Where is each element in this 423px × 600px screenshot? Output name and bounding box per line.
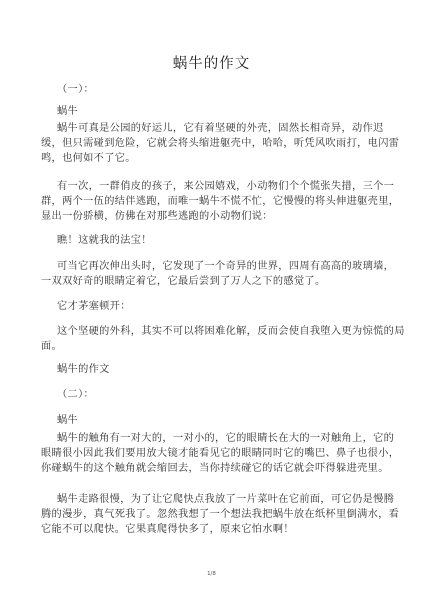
text-line: 面。 <box>41 339 381 354</box>
text-line: 可当它再次伸出头时，它发现了一个奇异的世界，四周有高高的玻璃墙， <box>41 259 381 274</box>
paragraph-6: 这个坚硬的外科，其实不可以将困难化解，反而会使自我堕入更为惊慌的局 面。 <box>41 324 381 354</box>
text-line: 鸣，也何如不了它。 <box>41 151 381 166</box>
text-line: 眼睛很小因此我们要用放大镜才能看见它的眼睛同时它的嘴巴、鼻子也很小， <box>41 446 381 461</box>
paragraph-9: 蜗牛走路很慢，为了让它爬快点我放了一片菜叶在它前面，可它仍是慢腾 腾的漫步，真气… <box>41 492 381 537</box>
text-line: 蜗牛的触角有一对大的，一对小的，它的眼睛长在大的一对触角上，它的 <box>41 431 381 446</box>
text-line: 缓，但只需碰到危险，它就会将头缩进躯壳中，哈哈，听凭风吹雨打，电闪雷 <box>41 136 381 151</box>
paragraph-8: 蜗牛的触角有一对大的，一对小的，它的眼睛长在大的一对触角上，它的 眼睛很小因此我… <box>41 431 381 476</box>
text-line: 它才茅塞顿开： <box>41 299 381 314</box>
text-line: 这个坚硬的外科，其实不可以将困难化解，反而会使自我堕入更为惊慌的局 <box>41 324 381 339</box>
text-line: 有一次，一群俏皮的孩子，来公园嬉戏，小动物们个个慌张失措，三个一 <box>41 179 381 194</box>
section-label-1: （一）： <box>57 80 94 95</box>
page-number: 1/8 <box>0 571 423 577</box>
text-line: 蜗牛可真是公园的好运儿，它有着坚硬的外壳，固然长相奇异，动作迟 <box>41 121 381 136</box>
text-line: 一双双好奇的眼睛定着它，它最后尝到了万人之下的感觉了。 <box>41 274 381 289</box>
paragraph-5: 它才茅塞顿开： <box>41 299 381 314</box>
text-line: 显出一份骄横，仿佛在对那些逃跑的小动物们说： <box>41 209 381 224</box>
section-heading-1: 蜗牛 <box>57 102 78 117</box>
document-title: 蜗牛的作文 <box>0 52 423 73</box>
paragraph-3: 瞧！这就我的法宝！ <box>41 233 381 248</box>
text-line: 你碰蜗牛的这个触角就会缩回去，当你持续碰它的话它就会吓得躲进壳里。 <box>41 461 381 476</box>
text-line: 它能不可以爬快。它果真爬得快多了，原来它怕水啊！ <box>41 522 381 537</box>
paragraph-7: 蜗牛的作文 <box>41 362 381 377</box>
document-page: 蜗牛的作文 （一）： 蜗牛 蜗牛可真是公园的好运儿，它有着坚硬的外壳，固然长相奇… <box>0 0 423 600</box>
text-line: 腾的漫步，真气死我了。忽然我想了一个想法我把蜗牛放在纸杯里倒满水，看 <box>41 507 381 522</box>
text-line: 蜗牛走路很慢，为了让它爬快点我放了一片菜叶在它前面，可它仍是慢腾 <box>41 492 381 507</box>
paragraph-2: 有一次，一群俏皮的孩子，来公园嬉戏，小动物们个个慌张失措，三个一 群，两个一伍的… <box>41 179 381 224</box>
text-line: 瞧！这就我的法宝！ <box>41 233 381 248</box>
text-line: 群，两个一伍的结伴逃跑，而唯一蜗牛不慌不忙，它慢慢的将头伸进躯壳里， <box>41 194 381 209</box>
section-label-2: （二）： <box>57 385 94 400</box>
paragraph-4: 可当它再次伸出头时，它发现了一个奇异的世界，四周有高高的玻璃墙， 一双双好奇的眼… <box>41 259 381 289</box>
section-heading-2: 蜗牛 <box>57 411 78 426</box>
text-line: 蜗牛的作文 <box>41 362 381 377</box>
paragraph-1: 蜗牛可真是公园的好运儿，它有着坚硬的外壳，固然长相奇异，动作迟 缓，但只需碰到危… <box>41 121 381 166</box>
